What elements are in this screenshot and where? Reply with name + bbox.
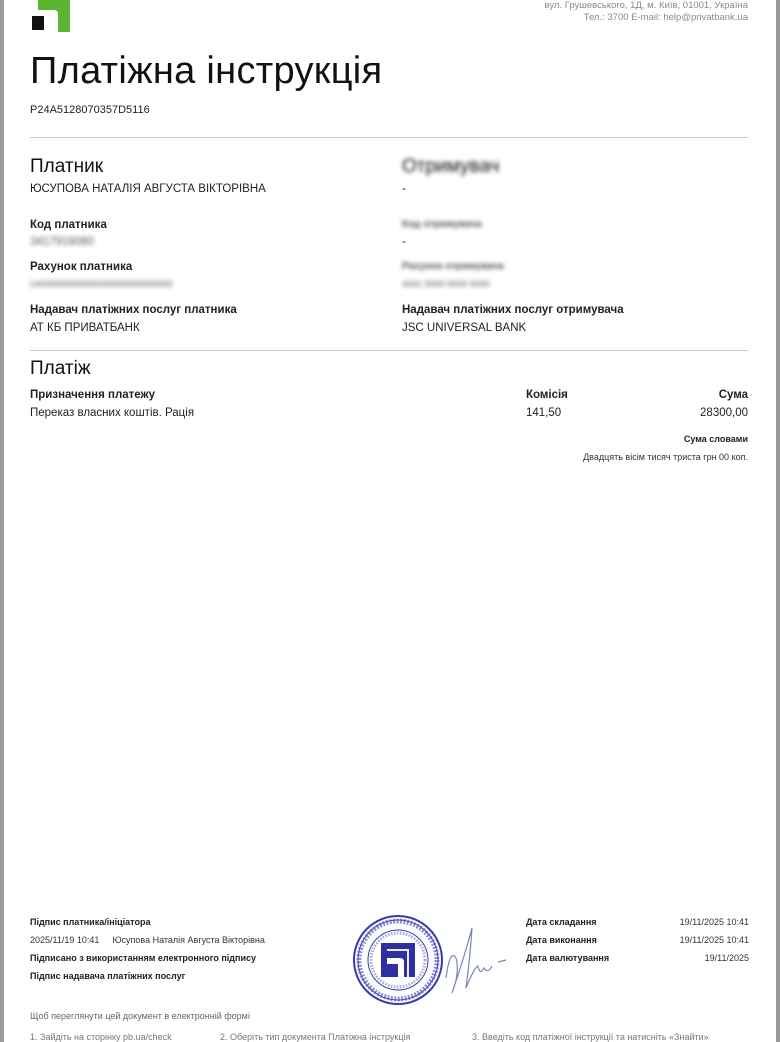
date-label: Дата виконання (526, 935, 597, 953)
date-row-value-date: Дата валютування 19/11/2025 (526, 953, 749, 971)
recipient-code-label: Код отримувача (402, 219, 482, 230)
commission-value: 141,50 (526, 407, 561, 419)
recipient-account-value: 4441 0000 0000 0000 (402, 279, 490, 289)
date-label: Дата складання (526, 917, 597, 935)
payer-code-value: 3417916060 (30, 236, 94, 248)
recipient-provider-value: JSC UNIVERSAL BANK (402, 322, 526, 334)
payer-signature-line: 2025/11/19 10:41 Юсупова Наталія Августа… (30, 935, 265, 945)
divider (30, 137, 748, 138)
payer-name-text: ЮСУПОВА НАТАЛІЯ АВГУСТА ВІКТОРІВНА (30, 183, 266, 195)
date-value: 19/11/2025 10:41 (680, 917, 749, 935)
document-page: вул. Грушевського, 1Д, м. Київ, 01001, У… (4, 0, 776, 1042)
bank-contact-info: вул. Грушевського, 1Д, м. Київ, 01001, У… (545, 0, 748, 24)
date-value: 19/11/2025 10:41 (680, 935, 749, 953)
date-row-created: Дата складання 19/11/2025 10:41 (526, 917, 749, 935)
amount-words-value: Двадцять вісім тисяч триста грн 00 коп. (583, 452, 748, 462)
payer-signature-name: Юсупова Наталія Августа Вікторівна (112, 935, 264, 945)
payer-signature-label: Підпис платника/ініціатора (30, 917, 150, 927)
commission-label: Комісія (526, 389, 568, 401)
date-label: Дата валютування (526, 953, 609, 971)
footer-step-1: 1. Зайдіть на сторінку pb.ua/check (30, 1032, 172, 1042)
payment-heading: Платіж (30, 358, 91, 380)
amount-words-label: Сума словами (684, 434, 748, 444)
bank-address: вул. Грушевського, 1Д, м. Київ, 01001, У… (545, 0, 748, 12)
payer-signature-datetime: 2025/11/19 10:41 (30, 935, 99, 945)
divider (30, 350, 748, 351)
date-value: 19/11/2025 (705, 953, 749, 971)
document-code: P24A5128070357D5116 (30, 104, 150, 116)
e-signature-label: Підписано з використанням електронного п… (30, 953, 256, 963)
amount-label: Сума (719, 389, 748, 401)
bank-phone-email: Тел.: 3700 E-mail: help@privatbank.ua (545, 12, 748, 24)
payer-heading: Платник (30, 156, 103, 178)
date-row-executed: Дата виконання 19/11/2025 10:41 (526, 935, 749, 953)
recipient-heading: Отримувач (402, 156, 499, 178)
amount-value: 28300,00 (700, 407, 748, 419)
payer-provider-value: АТ КБ ПРИВАТБАНК (30, 322, 140, 334)
purpose-value: Переказ власних коштів. Рація (30, 407, 194, 419)
footer-intro: Щоб переглянути цей документ в електронн… (30, 1011, 250, 1021)
payer-provider-label: Надавач платіжних послуг платника (30, 304, 237, 316)
recipient-code-value: - (402, 236, 406, 248)
recipient-account-label: Рахунок отримувача (402, 261, 504, 272)
payer-name: ЮСУПОВА НАТАЛІЯ АВГУСТА ВІКТОРІВНА (30, 183, 290, 195)
recipient-name: - (402, 183, 406, 195)
provider-signature-label: Підпис надавача платіжних послуг (30, 971, 185, 981)
footer-step-3: 3. Введіть код платіжної інструкції та н… (472, 1032, 709, 1042)
footer-step-2: 2. Оберіть тип документа Платіжна інстру… (220, 1032, 410, 1042)
bank-stamp-icon (352, 914, 444, 1006)
payer-account-value: UA00000000000000000000000000 (30, 279, 173, 289)
payer-account-label: Рахунок платника (30, 261, 132, 273)
purpose-label: Призначення платежу (30, 389, 155, 401)
privatbank-logo-icon (30, 0, 72, 32)
recipient-provider-label: Надавач платіжних послуг отримувача (402, 304, 624, 316)
payer-code-label: Код платника (30, 219, 107, 231)
document-title: Платіжна інструкція (30, 50, 382, 93)
dates-block: Дата складання 19/11/2025 10:41 Дата вик… (526, 917, 749, 971)
handwritten-signature-icon (442, 918, 512, 1003)
